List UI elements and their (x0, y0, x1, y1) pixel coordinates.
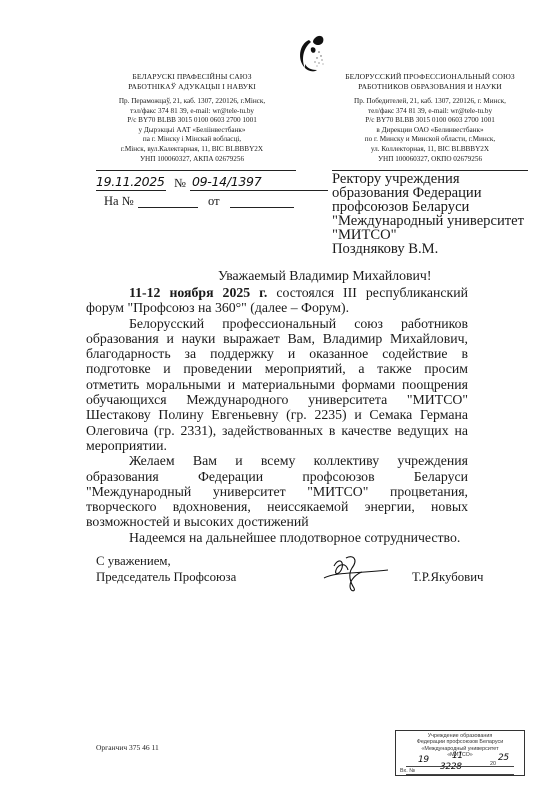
address-line: Пр. Пераможцаў, 21, каб. 1307, 220126, г… (92, 97, 292, 107)
paragraph-gratitude: Белорусский профессиональный союз работн… (86, 316, 468, 454)
address-line: по г. Минску и Минской области, г.Минск, (330, 135, 530, 145)
outgoing-date: 19.11.2025 (96, 174, 165, 189)
address-line: тел/факс 374 81 39, e-mail: wr@tele-tu.b… (330, 107, 530, 117)
handwritten-signature-icon (322, 552, 392, 594)
stamp-day: 19 (418, 757, 429, 763)
number-underline (190, 190, 328, 191)
stamp-year: 25 (498, 755, 509, 761)
paragraph-forum: 11-12 ноября 2025 г. состоялся III респу… (86, 285, 468, 316)
letterhead-left: БЕЛАРУСКІ ПРАФЕСІЙНЫ САЮЗ РАБОТНІКАЎ АДУ… (92, 72, 292, 164)
org-name-by: БЕЛАРУСКІ ПРАФЕСІЙНЫ САЮЗ РАБОТНІКАЎ АДУ… (92, 72, 292, 92)
stamp-number-line (406, 774, 514, 775)
org-address-ru: Пр. Победителей, 21, каб. 1307, 220126, … (330, 97, 530, 164)
stamp-in-no: 3228 (440, 764, 462, 770)
org-address-by: Пр. Пераможцаў, 21, каб. 1307, 220126, г… (92, 97, 292, 164)
org-name-line: БЕЛАРУСКІ ПРАФЕСІЙНЫ САЮЗ (92, 72, 292, 82)
org-name-line: РАБОТНІКАЎ АДУКАЦЫІ І НАВУКІ (92, 82, 292, 92)
address-line: г.Мінск, вул.Калектарная, 11, BIC BLBBBY… (92, 145, 292, 155)
addressee-line: Ректору учреждения (332, 172, 542, 186)
registration-block: 19.11.2025 № 09-14/1397 На № от (96, 174, 296, 214)
reply-to-underline (138, 207, 198, 208)
reply-to-label: На № (104, 194, 134, 209)
org-name-ru: БЕЛОРУССКИЙ ПРОФЕССИОНАЛЬНЫЙ СОЮЗ РАБОТН… (330, 72, 530, 92)
org-name-line: БЕЛОРУССКИЙ ПРОФЕССИОНАЛЬНЫЙ СОЮЗ (330, 72, 530, 82)
signatory-position: Председатель Профсоюза (96, 569, 236, 585)
forum-dates: 11-12 ноября 2025 г. (129, 285, 267, 300)
addressee-block: Ректору учреждения образования Федерации… (332, 172, 542, 256)
address-line: Пр. Победителей, 21, каб. 1307, 220126, … (330, 97, 530, 107)
outgoing-number: 09-14/1397 (192, 174, 261, 189)
date-underline (96, 190, 166, 191)
paragraph-closing: Надеемся на дальнейшее плодотворное сотр… (86, 530, 468, 545)
address-line: у Дырэкцыі ААТ «Беліінвестбанк» (92, 126, 292, 136)
closing-phrase: С уважением, (96, 553, 236, 569)
address-line: Р/с BY70 BLBB 3015 0100 0603 2700 1001 (330, 116, 530, 126)
org-name-line: РАБОТНИКОВ ОБРАЗОВАНИЯ И НАУКИ (330, 82, 530, 92)
stamp-month: 11 (452, 753, 463, 759)
signatory-name: Т.Р.Якубович (412, 569, 484, 585)
addressee-line: "Международный университет (332, 214, 542, 228)
union-emblem-icon (295, 30, 331, 74)
signature-closing: С уважением, Председатель Профсоюза (96, 553, 236, 585)
address-line: Р/с BY70 BLBB 3015 0100 0603 2700 1001 (92, 116, 292, 126)
address-line: па г. Мінску і Мінскай вобласці, (92, 135, 292, 145)
address-line: в Дирекции ОАО «Белинвестбанк» (330, 126, 530, 136)
addressee-line: "МИТСО" (332, 228, 542, 242)
greeting: Уважаемый Владимир Михайлович! (218, 268, 431, 284)
addressee-line: образования Федерации (332, 186, 542, 200)
address-line: УНП 100060327, АКПА 02679256 (92, 155, 292, 165)
executor-contact: Органчич 375 46 11 (96, 743, 159, 752)
incoming-registration-stamp: Учреждение образования Федерации профсою… (395, 730, 525, 776)
number-label: № (174, 176, 186, 191)
paragraph-wishes: Желаем Вам и всему коллективу учреждения… (86, 453, 468, 529)
from-underline (230, 207, 294, 208)
from-label: от (208, 194, 220, 209)
address-line: УНП 100060327, ОКПО 02679256 (330, 155, 530, 165)
addressee-line: Позднякову В.М. (332, 242, 542, 256)
stamp-date-line (406, 766, 514, 767)
address-line: ул. Коллекторная, 11, BIC BLBBBY2X (330, 145, 530, 155)
addressee-line: профсоюзов Беларуси (332, 200, 542, 214)
letter-body: 11-12 ноября 2025 г. состоялся III респу… (86, 285, 468, 545)
letterhead-right: БЕЛОРУССКИЙ ПРОФЕССИОНАЛЬНЫЙ СОЮЗ РАБОТН… (330, 72, 530, 164)
address-line: тэл/факс 374 81 39, e-mail: wr@tele-tu.b… (92, 107, 292, 117)
header-divider-left (96, 170, 296, 171)
